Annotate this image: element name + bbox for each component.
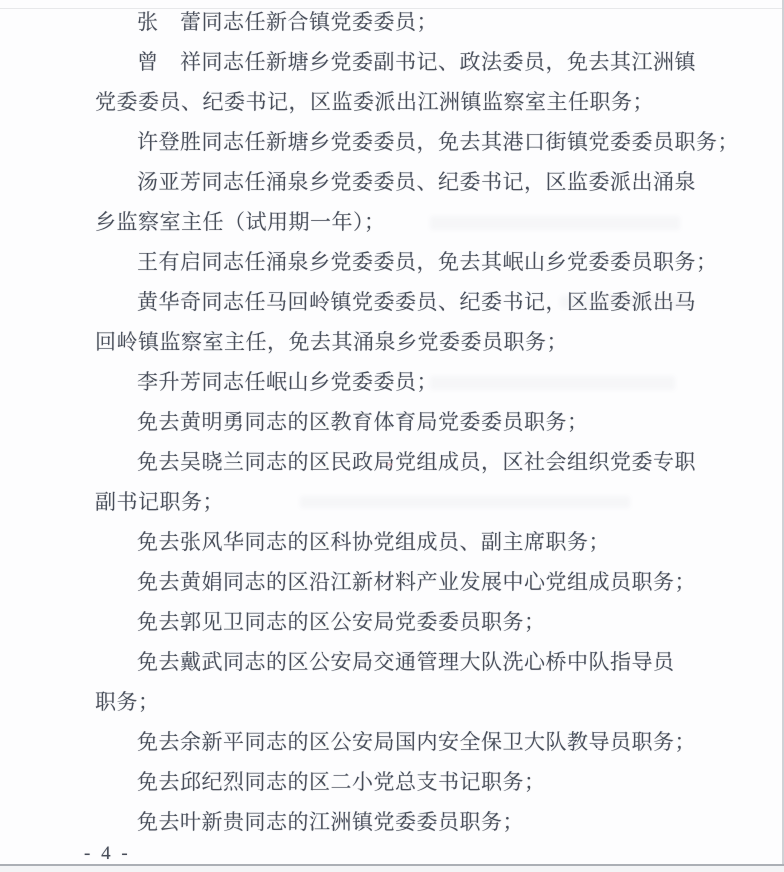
paragraph: 免去黄娟同志的区沿江新材料产业发展中心党组成员职务； [95, 562, 765, 602]
text-line: 免去郭见卫同志的区公安局党委委员职务； [95, 602, 765, 642]
paragraph: 汤亚芳同志任涌泉乡党委委员、纪委书记，区监委派出涌泉乡监察室主任（试用期一年）； [95, 162, 765, 242]
paragraph: 免去戴武同志的区公安局交通管理大队洗心桥中队指导员职务； [95, 642, 765, 722]
paragraph: 免去余新平同志的区公安局国内安全保卫大队教导员职务； [95, 722, 765, 762]
scan-background-bottom [0, 866, 784, 872]
text-line: 免去邱纪烈同志的区二小党总支书记职务； [95, 762, 765, 802]
text-line: 黄华奇同志任马回岭镇党委委员、纪委书记，区监委派出马 [95, 282, 765, 322]
paragraph: 免去黄明勇同志的区教育体育局党委委员职务； [95, 402, 765, 442]
text-line: 回岭镇监察室主任，免去其涌泉乡党委委员职务； [95, 322, 765, 362]
text-line: 免去余新平同志的区公安局国内安全保卫大队教导员职务； [95, 722, 765, 762]
paragraph: 王有启同志任涌泉乡党委委员，免去其岷山乡党委委员职务； [95, 242, 765, 282]
text-line: 免去戴武同志的区公安局交通管理大队洗心桥中队指导员 [95, 642, 765, 682]
text-line: 许登胜同志任新塘乡党委委员，免去其港口街镇党委委员职务； [95, 122, 765, 162]
text-line: 曾 祥同志任新塘乡党委副书记、政法委员，免去其江洲镇 [95, 42, 765, 82]
text-line: 李升芳同志任岷山乡党委委员； [95, 362, 765, 402]
paragraph: 免去叶新贵同志的江洲镇党委委员职务； [95, 802, 765, 842]
paragraph: 免去郭见卫同志的区公安局党委委员职务； [95, 602, 765, 642]
text-line: 副书记职务； [95, 482, 765, 522]
text-line: 王有启同志任涌泉乡党委委员，免去其岷山乡党委委员职务； [95, 242, 765, 282]
paragraph: 曾 祥同志任新塘乡党委副书记、政法委员，免去其江洲镇党委委员、纪委书记，区监委派… [95, 42, 765, 122]
text-line: 免去叶新贵同志的江洲镇党委委员职务； [95, 802, 765, 842]
page-number: - 4 - [84, 843, 131, 865]
text-line: 张 蕾同志任新合镇党委委员； [95, 2, 765, 42]
paragraph: 张 蕾同志任新合镇党委委员； [95, 2, 765, 42]
text-line: 职务； [95, 682, 765, 722]
text-line: 乡监察室主任（试用期一年）； [95, 202, 765, 242]
text-line: 免去张风华同志的区科协党组成员、副主席职务； [95, 522, 765, 562]
document-body: 张 蕾同志任新合镇党委委员；曾 祥同志任新塘乡党委副书记、政法委员，免去其江洲镇… [95, 2, 765, 842]
paragraph: 免去吴晓兰同志的区民政局党组成员，区社会组织党委专职副书记职务； [95, 442, 765, 522]
paragraph: 李升芳同志任岷山乡党委委员； [95, 362, 765, 402]
text-line: 免去黄娟同志的区沿江新材料产业发展中心党组成员职务； [95, 562, 765, 602]
paragraph: 许登胜同志任新塘乡党委委员，免去其港口街镇党委委员职务； [95, 122, 765, 162]
paragraph: 免去张风华同志的区科协党组成员、副主席职务； [95, 522, 765, 562]
text-line: 党委委员、纪委书记，区监委派出江洲镇监察室主任职务； [95, 82, 765, 122]
paragraph: 黄华奇同志任马回岭镇党委委员、纪委书记，区监委派出马回岭镇监察室主任，免去其涌泉… [95, 282, 765, 362]
text-line: 免去吴晓兰同志的区民政局党组成员，区社会组织党委专职 [95, 442, 765, 482]
paragraph: 免去邱纪烈同志的区二小党总支书记职务； [95, 762, 765, 802]
text-line: 汤亚芳同志任涌泉乡党委委员、纪委书记，区监委派出涌泉 [95, 162, 765, 202]
text-line: 免去黄明勇同志的区教育体育局党委委员职务； [95, 402, 765, 442]
